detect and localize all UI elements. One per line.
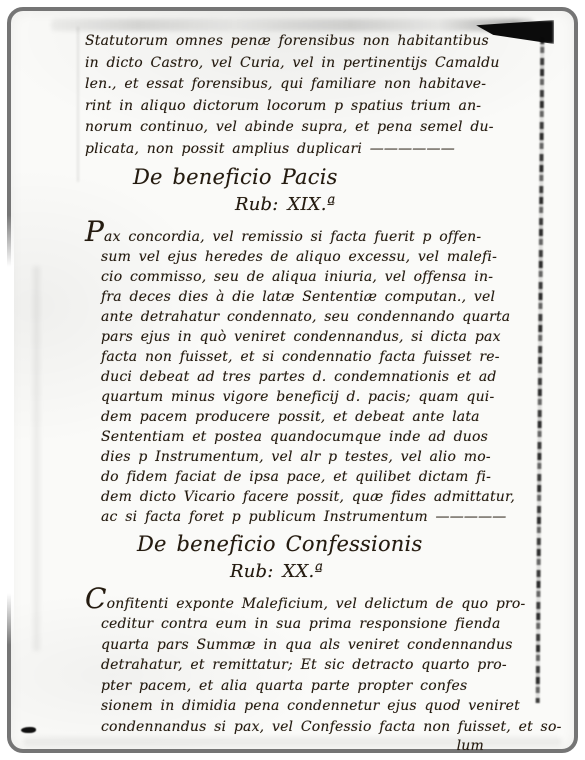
frame-border-fade <box>4 215 14 645</box>
manuscript-line: condennandus si pax, vel Confessio facta… <box>85 717 540 738</box>
manuscript-line: pars ejus in quò veniret condennandus, s… <box>85 327 540 347</box>
manuscript-line: sum vel ejus heredes de aliquo excessu, … <box>85 247 540 267</box>
manuscript-line: Pax concordia, vel remissio si facta fue… <box>85 218 540 247</box>
rubric-xix: Rub: XIX.ª <box>235 192 540 218</box>
scan-frame: Statutorum omnes penæ forensibus non hab… <box>7 7 578 753</box>
manuscript-line: in dicto Castro, vel Curia, vel in perti… <box>85 53 540 75</box>
manuscript-line: len., et essat forensibus, qui familiare… <box>85 74 540 96</box>
manuscript-line: quartum minus vigore beneficij d. pacis;… <box>85 387 540 407</box>
manuscript-line: cio commisso, seu de aliqua iniuria, vel… <box>85 267 540 287</box>
manuscript-line: quarta pars Summæ in qua als veniret con… <box>85 635 540 656</box>
paragraph-confessionis: Confitenti exponte Maleficium, vel delic… <box>85 585 540 738</box>
section-heading-pacis: De beneficio Pacis <box>133 162 540 192</box>
manuscript-line: Sententiam et postea quandocumque inde a… <box>85 427 540 447</box>
manuscript-line: detrahatur, et remittatur; Et sic detrac… <box>85 655 540 676</box>
manuscript-line: duci debeat ad tres partes d. condemnati… <box>85 367 540 387</box>
manuscript-line: facta non fuisset, et si condennatio fac… <box>85 347 540 367</box>
manuscript-line: plicata, non possit amplius duplicari ——… <box>85 139 540 161</box>
fold-shadow-left <box>33 266 40 651</box>
fold-line-top <box>77 27 79 182</box>
intro-paragraph: Statutorum omnes penæ forensibus non hab… <box>85 31 540 161</box>
manuscript-line: dem pacem producere possit, et debeat an… <box>85 407 540 427</box>
manuscript-line: ceditur contra eum in sua prima responsi… <box>85 614 540 635</box>
manuscript-line: rint in aliquo dictorum locorum p spatiu… <box>85 96 540 118</box>
ink-blot-bottom-left <box>21 727 36 733</box>
manuscript-line: sionem in dimidia pena condennetur ejus … <box>85 696 540 717</box>
manuscript-line: pter pacem, et alia quarta parte propter… <box>85 676 540 697</box>
manuscript-page: Statutorum omnes penæ forensibus non hab… <box>85 31 540 741</box>
manuscript-line: dies p Instrumentum, vel alr p testes, v… <box>85 447 540 467</box>
manuscript-line: ante detrahatur condennato, seu condenna… <box>85 307 540 327</box>
catchword: lum <box>85 737 540 755</box>
manuscript-line: do fidem faciat de ipsa pace, et quilibe… <box>85 467 540 487</box>
manuscript-line: dem dicto Vicario facere possit, quæ fid… <box>85 487 540 507</box>
section-heading-confessionis: De beneficio Confessionis <box>137 529 540 559</box>
manuscript-line: ac si facta foret p publicum Instrumentu… <box>85 507 540 527</box>
manuscript-line: Confitenti exponte Maleficium, vel delic… <box>85 585 540 615</box>
rubric-xx: Rub: XX.ª <box>230 559 540 585</box>
manuscript-line: norum continuo, vel abinde supra, et pen… <box>85 117 540 139</box>
manuscript-line: fra deces dies à die latæ Sententiæ comp… <box>85 287 540 307</box>
paragraph-pacis: Pax concordia, vel remissio si facta fue… <box>85 218 540 527</box>
manuscript-line: Statutorum omnes penæ forensibus non hab… <box>85 31 540 53</box>
page-top-smudge <box>51 19 534 31</box>
